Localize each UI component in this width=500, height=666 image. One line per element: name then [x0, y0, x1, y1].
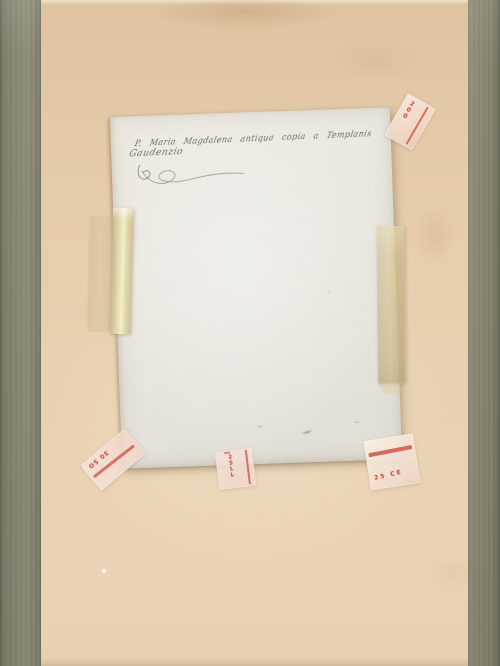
mat-stain-top-right — [330, 40, 420, 80]
paper-smudge-3 — [353, 420, 361, 423]
mat-white-fleck — [102, 569, 106, 573]
tape-red-line-bottom-middle — [244, 449, 251, 484]
tape-print-text-top-right: 200 — [400, 99, 416, 120]
mat-board-edge-left — [0, 0, 41, 666]
paper-smudge-2 — [257, 425, 264, 428]
tape-print-text-bottom-middle: 25LL — [226, 454, 235, 479]
tape-strip-right — [376, 226, 406, 384]
paper-smudge-1 — [301, 429, 314, 436]
mat-bottom-edge-shadow — [41, 658, 468, 666]
tape-red-line-bottom-right — [368, 445, 412, 457]
handwritten-inscription: P. Maria Magdalena antiqua copia a Templ… — [135, 129, 386, 159]
tape-strip-left-inner — [109, 208, 134, 335]
paper-sheet-verso: P. Maria Magdalena antiqua copia a Templ… — [110, 107, 402, 469]
inscription-flourish — [132, 156, 253, 195]
tape-stamp-bottom-right: 25 CE — [363, 433, 420, 490]
mat-stain-right — [415, 205, 455, 265]
tape-print-text-bottom-right: 25 CE — [374, 469, 404, 482]
photo-verso-of-mounted-drawing: P. Maria Magdalena antiqua copia a Templ… — [0, 0, 500, 666]
tape-stamp-top-right: 200 — [384, 93, 436, 151]
mat-stain-top — [150, 0, 340, 30]
tape-stamp-bottom-middle: 25LL — [215, 448, 256, 490]
mat-stain-bottom-right — [425, 555, 480, 590]
paper-smudge-4 — [326, 289, 332, 295]
